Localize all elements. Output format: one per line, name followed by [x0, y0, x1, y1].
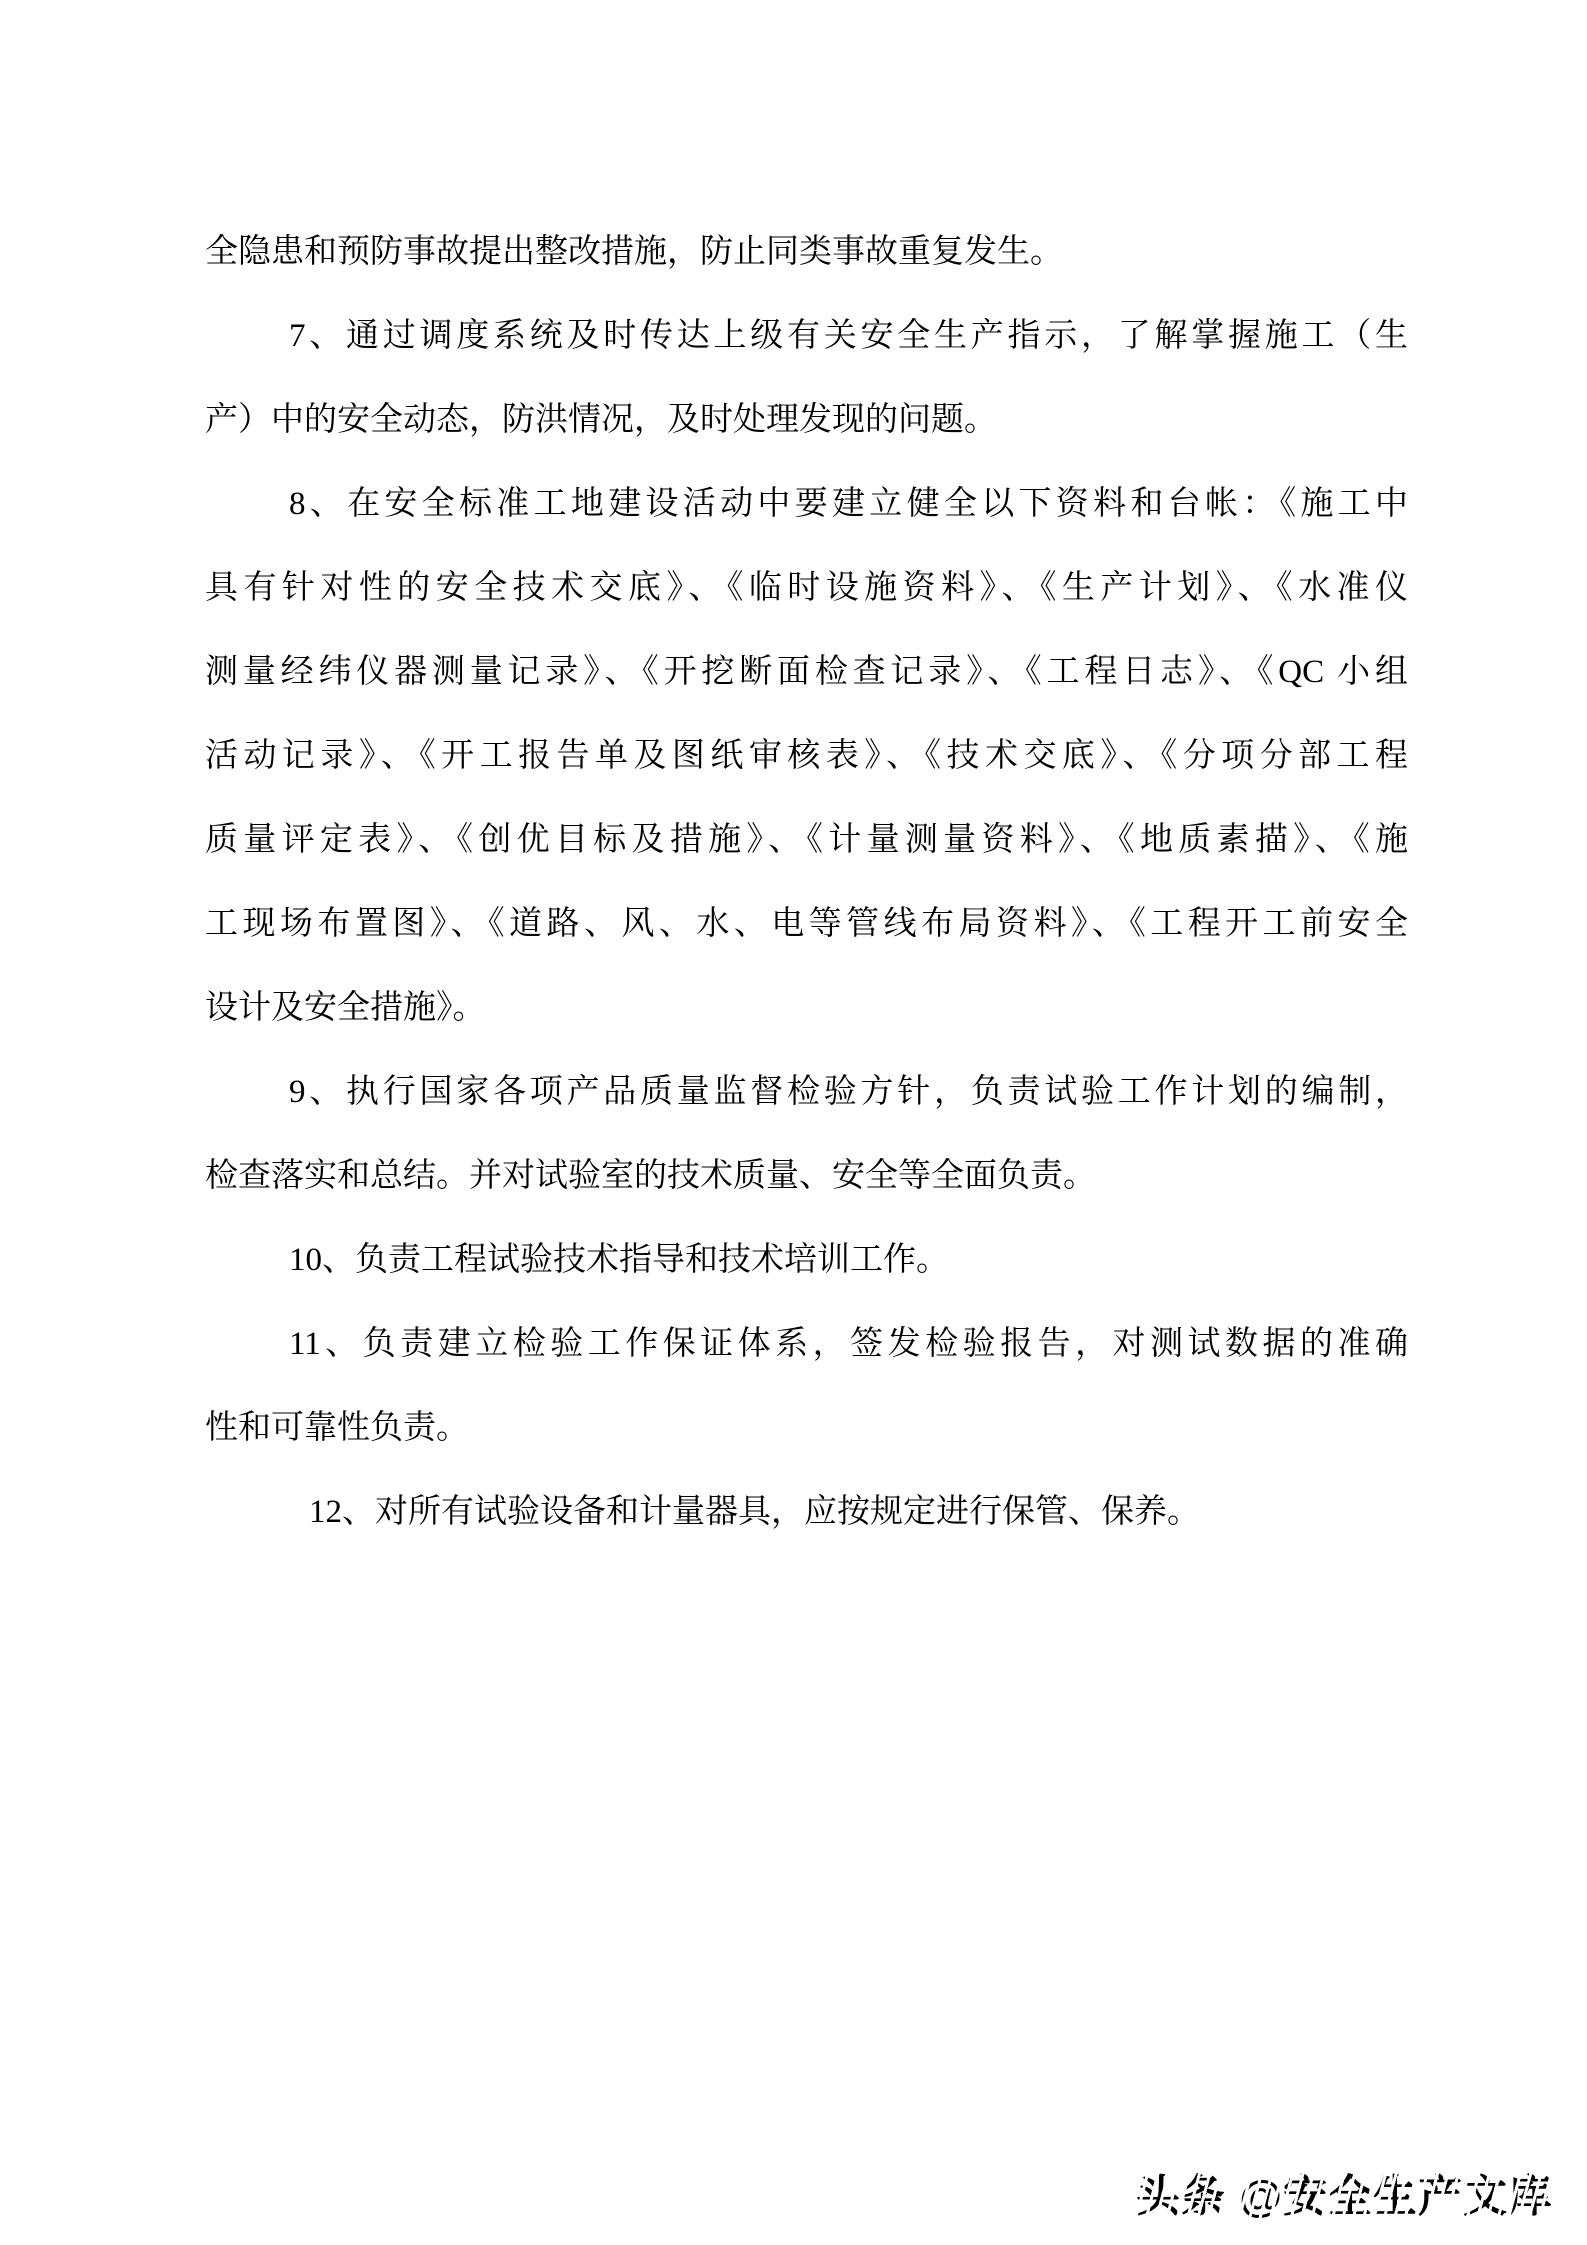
- text-line: 9、执行国家各项产品质量监督检验方针，负责试验工作计划的编制，: [205, 1050, 1408, 1134]
- text-line: 7、通过调度系统及时传达上级有关安全生产指示，了解掌握施工（生: [205, 294, 1408, 378]
- text-line: 产）中的安全动态，防洪情况，及时处理发现的问题。: [205, 378, 1408, 462]
- watermark-badge: 头条 @安全生产文库: [1136, 2160, 1553, 2224]
- text-line: 质量评定表》、《创优目标及措施》、《计量测量资料》、《地质素描》、《施: [205, 798, 1408, 882]
- text-line: 性和可靠性负责。: [205, 1386, 1408, 1470]
- text-line: 设计及安全措施》。: [205, 966, 1408, 1050]
- text-line: 活动记录》、《开工报告单及图纸审核表》、《技术交底》、《分项分部工程: [205, 714, 1408, 798]
- text-line: 工现场布置图》、《道路、风、水、电等管线布局资料》、《工程开工前安全: [205, 882, 1408, 966]
- document-page: 全隐患和预防事故提出整改措施，防止同类事故重复发生。 7、通过调度系统及时传达上…: [205, 210, 1408, 1554]
- text-line: 11、负责建立检验工作保证体系，签发检验报告，对测试数据的准确: [205, 1302, 1408, 1386]
- text-line: 测量经纬仪器测量记录》、《开挖断面检查记录》、《工程日志》、《QC 小组: [205, 630, 1408, 714]
- text-line: 10、负责工程试验技术指导和技术培训工作。: [205, 1218, 1408, 1302]
- text-line: 检查落实和总结。并对试验室的技术质量、安全等全面负责。: [205, 1134, 1408, 1218]
- text-line: 具有针对性的安全技术交底》、《临时设施资料》、《生产计划》、《水准仪: [205, 546, 1408, 630]
- text-line: 8、在安全标准工地建设活动中要建立健全以下资料和台帐：《施工中: [205, 462, 1408, 546]
- text-line: 全隐患和预防事故提出整改措施，防止同类事故重复发生。: [205, 210, 1408, 294]
- text-line: 12、对所有试验设备和计量器具，应按规定进行保管、保养。: [205, 1470, 1408, 1554]
